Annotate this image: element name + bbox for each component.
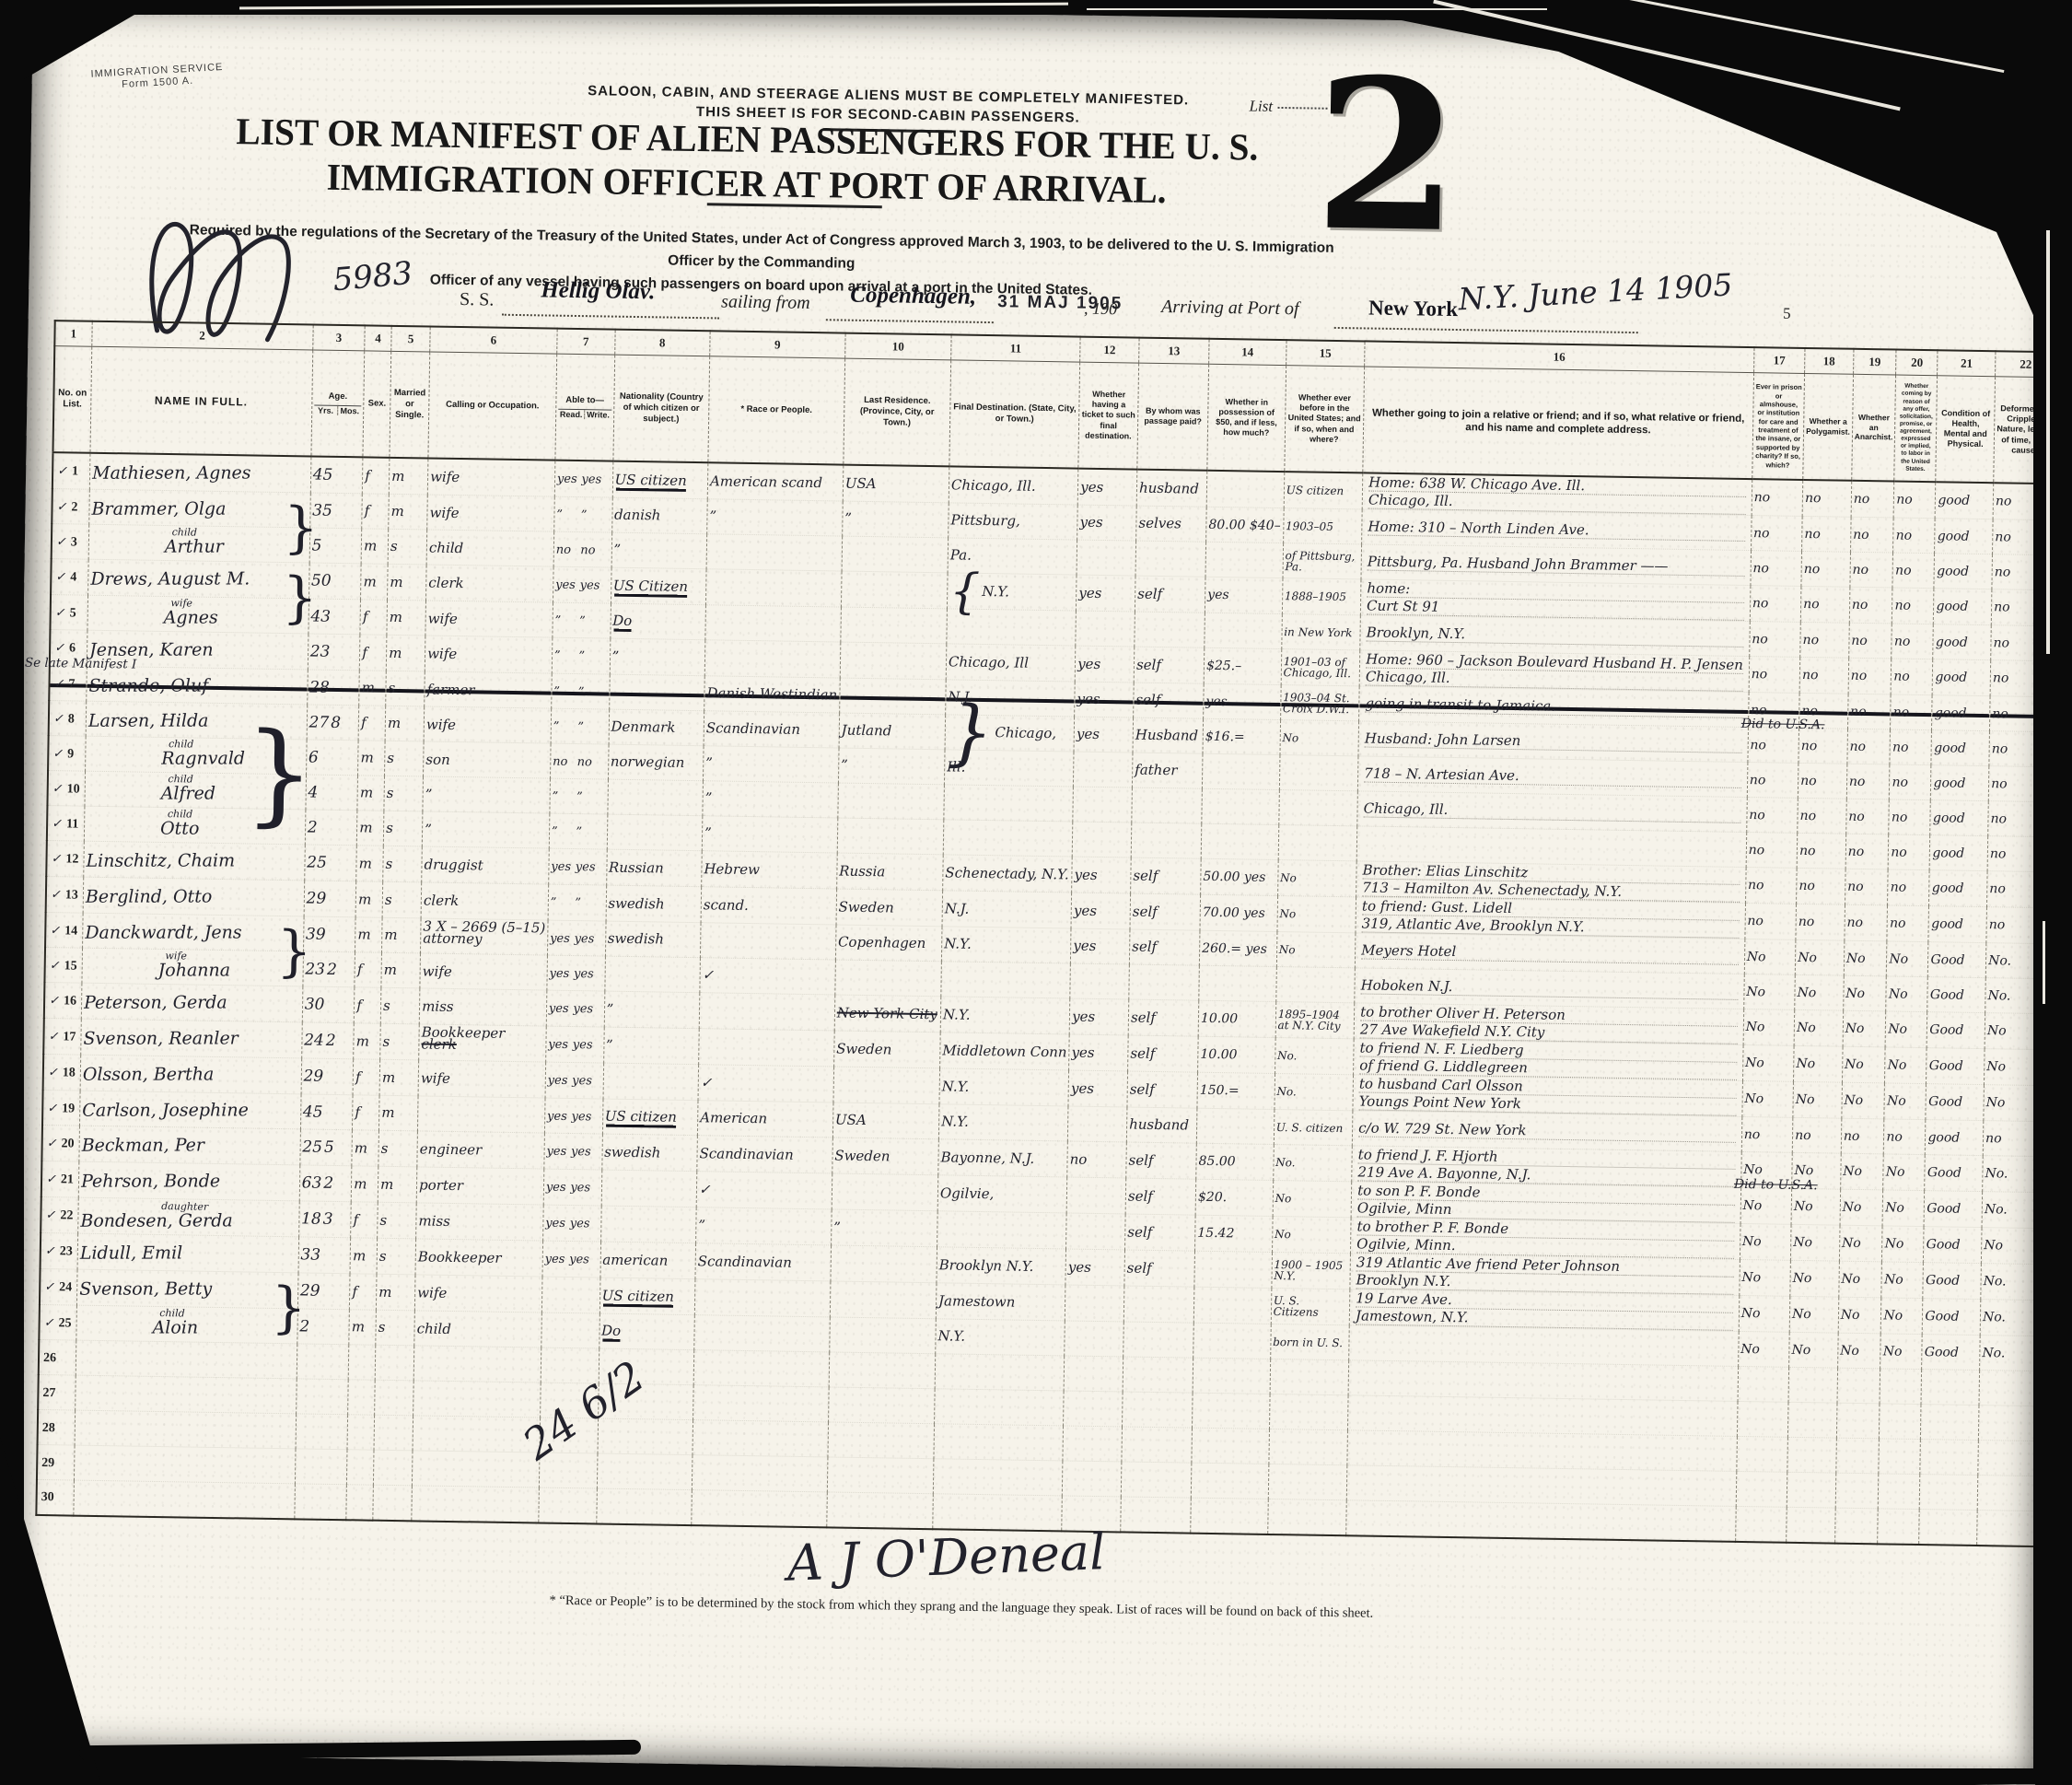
cell-last-residence: Copenhagen bbox=[835, 925, 942, 962]
cell-labor-offer: No bbox=[1885, 1011, 1927, 1048]
cell-anarchist: no bbox=[1849, 587, 1892, 624]
cell-nationality: swedish bbox=[605, 921, 701, 958]
cell-labor-offer bbox=[1879, 1439, 1921, 1475]
cell-ticket: yes bbox=[1069, 1034, 1128, 1071]
cell-nationality bbox=[607, 779, 703, 816]
cell-age bbox=[296, 1414, 348, 1450]
cell-calling bbox=[412, 1486, 539, 1522]
cell-race bbox=[693, 1420, 828, 1457]
cell-polygamist: No bbox=[1793, 1081, 1842, 1118]
cell-row-number: ✓17 bbox=[43, 1019, 81, 1056]
cell-destination bbox=[935, 1354, 1065, 1391]
cell-destination bbox=[947, 609, 1077, 646]
cell-passage-paid-by bbox=[1123, 1322, 1194, 1358]
cell-before-in-us bbox=[1275, 967, 1355, 1003]
cell-passage-paid-by bbox=[1123, 1357, 1193, 1393]
ss-label: S. S. bbox=[460, 289, 495, 311]
cell-calling: wife bbox=[418, 1060, 545, 1098]
cell-money bbox=[1202, 788, 1279, 824]
cell-polygamist bbox=[1787, 1507, 1835, 1543]
cell-before-in-us bbox=[1279, 755, 1358, 791]
cell-last-residence bbox=[841, 571, 948, 609]
cell-row-number: ✓23 bbox=[41, 1232, 78, 1269]
cell-row-number: ✓20 bbox=[41, 1125, 79, 1161]
cell-money bbox=[1193, 1393, 1270, 1429]
cell-row-number: 27 bbox=[38, 1374, 76, 1410]
cell-prison: no bbox=[1751, 516, 1802, 552]
cell-nationality: danish bbox=[611, 497, 707, 534]
cell-join-relative: c/o W. 729 St. New York bbox=[1352, 1111, 1741, 1152]
cell-anarchist: No bbox=[1843, 1010, 1886, 1047]
cell-labor-offer: No bbox=[1883, 1154, 1926, 1191]
cell-destination bbox=[934, 1424, 1064, 1461]
cell-polygamist: no bbox=[1798, 763, 1846, 799]
cell-last-residence bbox=[841, 607, 948, 644]
cell-married-single bbox=[373, 1485, 413, 1521]
cell-labor-offer: No bbox=[1881, 1298, 1924, 1335]
cell-passage-paid-by: Husband bbox=[1133, 717, 1204, 753]
cell-health: good bbox=[1929, 870, 1987, 907]
cell-before-in-us: No bbox=[1280, 720, 1359, 756]
cell-sex bbox=[348, 1345, 375, 1380]
cell-last-residence: Russia bbox=[836, 853, 943, 891]
cell-ticket: yes bbox=[1071, 892, 1130, 929]
cell-prison: no bbox=[1747, 763, 1798, 799]
cell-join-relative: to husband Carl OlssonYoungs Point New Y… bbox=[1353, 1075, 1742, 1117]
cell-prison bbox=[1737, 1401, 1788, 1437]
cell-race bbox=[694, 1315, 830, 1352]
cell-row-number: ✓24 bbox=[40, 1268, 77, 1305]
cell-passage-paid-by: self bbox=[1129, 929, 1200, 965]
cell-ticket bbox=[1062, 1461, 1121, 1497]
cell-destination: Ill. bbox=[944, 750, 1074, 787]
cell-labor-offer: No bbox=[1882, 1190, 1925, 1227]
cell-ticket bbox=[1074, 752, 1133, 787]
cell-join-relative: Hoboken N.J. bbox=[1355, 968, 1744, 1009]
cell-join-relative: to friend N. F. Liedbergof friend G. Lid… bbox=[1354, 1039, 1743, 1081]
cell-health: Good bbox=[1925, 1155, 1983, 1192]
cell-last-residence: ” bbox=[838, 748, 945, 785]
cell-name bbox=[73, 1480, 295, 1519]
cell-age: 29 bbox=[301, 1058, 354, 1095]
cell-anarchist: No bbox=[1839, 1225, 1882, 1262]
cell-row-number: ✓19 bbox=[42, 1090, 80, 1126]
cell-money: yes bbox=[1205, 577, 1282, 613]
cell-ticket bbox=[1072, 822, 1131, 857]
cell-money bbox=[1193, 1323, 1271, 1359]
cell-prison: No bbox=[1738, 1331, 1789, 1367]
cell-sex: f bbox=[353, 1059, 379, 1095]
cell-before-in-us: No bbox=[1277, 896, 1356, 933]
cell-join-relative: Husband: John Larsen bbox=[1358, 721, 1748, 763]
cell-health: good bbox=[1933, 659, 1991, 696]
cell-calling bbox=[413, 1346, 541, 1382]
cell-sex: f bbox=[360, 600, 387, 635]
cell-labor-offer: No bbox=[1884, 1083, 1926, 1120]
cell-nationality: US citizen bbox=[612, 461, 708, 499]
cell-read-write: yesyes bbox=[546, 1026, 604, 1063]
margin-note: Se late Manifest I bbox=[25, 657, 181, 672]
cell-nationality: american bbox=[600, 1242, 696, 1279]
cell-join-relative: 718 – N. Artesian Ave. bbox=[1357, 756, 1747, 798]
cell-health: Good bbox=[1925, 1191, 1983, 1228]
cell-before-in-us: of Pittsburg, Pa. bbox=[1283, 543, 1362, 579]
cell-money: 70.00 yes bbox=[1200, 894, 1277, 931]
cell-money bbox=[1205, 542, 1283, 577]
cell-destination: N.Y. bbox=[938, 1104, 1068, 1141]
cell-anarchist: No bbox=[1840, 1153, 1883, 1190]
cell-race: Danish Westindian bbox=[704, 676, 840, 713]
page-title: LIST OR MANIFEST OF ALIEN PASSENGERS FOR… bbox=[152, 108, 1343, 215]
cell-prison: no bbox=[1752, 479, 1803, 516]
cell-married-single: s bbox=[378, 1130, 418, 1167]
cell-labor-offer: no bbox=[1892, 624, 1934, 659]
cell-read-write: yesyes bbox=[549, 848, 607, 885]
cell-calling: engineer bbox=[417, 1131, 544, 1169]
col-header-13: By whom was passage paid? bbox=[1137, 363, 1209, 471]
cell-married-single: s bbox=[380, 987, 420, 1024]
cell-nationality: ” bbox=[604, 991, 700, 1029]
cell-health: Good bbox=[1927, 977, 1985, 1013]
list-label-text: List bbox=[1249, 97, 1273, 114]
cell-anarchist bbox=[1834, 1508, 1878, 1544]
cell-last-residence bbox=[828, 1422, 935, 1459]
cell-before-in-us: 1903–04 St. Croix D.W.I. bbox=[1280, 685, 1359, 721]
cell-ticket bbox=[1066, 1177, 1125, 1214]
col-header-1: No. on List. bbox=[52, 346, 91, 453]
cell-labor-offer: No bbox=[1881, 1262, 1924, 1299]
cell-married-single: s bbox=[388, 529, 427, 565]
sheet-edge-streak bbox=[2046, 230, 2050, 654]
cell-race: ” bbox=[703, 781, 838, 818]
ship-name-line bbox=[502, 314, 719, 320]
cell-row-number: ✓5 bbox=[50, 595, 87, 631]
cell-name: Danckwardt, Jens} bbox=[82, 913, 304, 951]
cell-anarchist bbox=[1836, 1403, 1880, 1439]
col-header-3: Age.Yrs.Mos. bbox=[311, 350, 365, 457]
col-header-8: Nationality (Country of which citizen or… bbox=[612, 355, 709, 462]
cell-ticket: yes bbox=[1065, 1249, 1124, 1286]
cell-health bbox=[1921, 1370, 1979, 1406]
cell-race: ✓ bbox=[698, 1065, 833, 1102]
cell-deformed: No. bbox=[1980, 1336, 2042, 1371]
cell-name: Lidull, Emil bbox=[77, 1233, 299, 1273]
col-header-7: Able to—Read.Write. bbox=[555, 354, 614, 461]
cell-ticket: yes bbox=[1069, 998, 1128, 1035]
cell-before-in-us bbox=[1270, 1359, 1349, 1394]
cell-prison: no bbox=[1745, 904, 1797, 940]
cell-last-residence: Sweden bbox=[836, 889, 943, 927]
cell-polygamist bbox=[1788, 1402, 1837, 1438]
cell-sex: m bbox=[358, 741, 385, 776]
cell-sex: m bbox=[354, 1023, 380, 1059]
cell-sex: m bbox=[357, 811, 384, 846]
cell-health: good bbox=[1928, 906, 1986, 943]
cell-calling: child bbox=[414, 1311, 541, 1347]
cell-married-single: m bbox=[382, 917, 422, 953]
cell-race: Hebrew bbox=[702, 851, 837, 889]
cell-last-residence bbox=[829, 1352, 936, 1389]
cell-destination: N.Y. bbox=[941, 927, 1071, 963]
cell-passage-paid-by: self bbox=[1126, 1142, 1197, 1179]
cell-ticket bbox=[1070, 963, 1129, 999]
cell-join-relative: Meyers Hotel bbox=[1355, 933, 1744, 974]
col-number-9: 9 bbox=[710, 331, 845, 358]
cell-calling bbox=[412, 1451, 539, 1487]
cell-join-relative bbox=[1348, 1395, 1738, 1437]
cell-prison: no bbox=[1746, 798, 1798, 834]
cell-ticket bbox=[1065, 1285, 1123, 1322]
cell-nationality: Denmark bbox=[609, 709, 704, 746]
cell-age: 183 bbox=[298, 1201, 351, 1238]
cell-row-number: 30 bbox=[36, 1479, 74, 1515]
cell-polygamist: No bbox=[1795, 974, 1844, 1010]
cell-nationality: US Citizen bbox=[611, 567, 706, 605]
cell-sex bbox=[347, 1415, 374, 1450]
cell-labor-offer: No bbox=[1886, 976, 1928, 1012]
cell-ticket bbox=[1073, 787, 1132, 822]
cell-last-residence bbox=[837, 818, 944, 855]
cell-calling: 3 X – 2669 (5–15)attorney bbox=[421, 918, 548, 955]
cell-row-number: ✓16 bbox=[44, 983, 82, 1020]
cell-join-relative: to brother Oliver H. Peterson27 Ave Wake… bbox=[1354, 1003, 1743, 1045]
cell-sex: m bbox=[352, 1130, 378, 1166]
cell-join-relative: Chicago, Ill. bbox=[1357, 791, 1747, 833]
cell-money: $16.= bbox=[1203, 718, 1280, 754]
cell-prison: NoDid to U.S.A. bbox=[1740, 1187, 1792, 1224]
cell-money bbox=[1191, 1498, 1268, 1534]
cell-join-relative: to son P. F. BondeOgilvie, Minn bbox=[1351, 1182, 1740, 1224]
cell-ticket: yes bbox=[1077, 505, 1136, 541]
cell-join-relative bbox=[1349, 1325, 1739, 1367]
col-number-2: 2 bbox=[91, 321, 313, 350]
cell-anarchist: No bbox=[1842, 1082, 1885, 1119]
cell-ticket bbox=[1065, 1321, 1123, 1357]
cell-sex: f bbox=[360, 635, 387, 671]
cell-money: 10.00 bbox=[1198, 1000, 1275, 1037]
cell-row-number: 28 bbox=[38, 1409, 76, 1445]
cell-anarchist: No bbox=[1837, 1333, 1880, 1369]
cell-read-write: yesyes bbox=[542, 1205, 600, 1242]
col-header-4: Sex. bbox=[363, 351, 391, 458]
cell-passage-paid-by: self bbox=[1128, 999, 1199, 1036]
cell-before-in-us: No bbox=[1273, 1180, 1352, 1217]
cell-race: ✓ bbox=[696, 1172, 832, 1209]
cell-before-in-us bbox=[1269, 1429, 1348, 1464]
cell-destination bbox=[943, 820, 1073, 857]
cell-married-single: s bbox=[378, 1202, 417, 1239]
cell-read-write: ”” bbox=[552, 637, 610, 674]
cell-prison bbox=[1738, 1366, 1789, 1402]
cell-ticket: yes bbox=[1072, 857, 1131, 893]
cell-row-number: ✓1 bbox=[52, 452, 90, 489]
cell-money: 260.= yes bbox=[1199, 930, 1276, 966]
cell-nationality bbox=[607, 814, 703, 851]
col-number-13: 13 bbox=[1139, 338, 1209, 365]
col-header-19: Whether an Anarchist. bbox=[1852, 374, 1896, 481]
cell-married-single: m bbox=[387, 600, 426, 636]
cell-age: 45 bbox=[310, 456, 363, 493]
cell-prison: no bbox=[1745, 868, 1797, 904]
cell-health: good bbox=[1932, 695, 1990, 731]
cell-name: wifeJohanna bbox=[81, 948, 303, 986]
cell-last-residence: ” bbox=[831, 1209, 937, 1247]
cell-anarchist: no bbox=[1845, 869, 1888, 905]
cell-anarchist: no bbox=[1841, 1118, 1884, 1154]
cell-passage-paid-by bbox=[1121, 1462, 1192, 1498]
cell-last-residence bbox=[838, 783, 945, 820]
cell-labor-offer: No bbox=[1887, 941, 1929, 977]
cell-passage-paid-by bbox=[1132, 787, 1203, 823]
cell-polygamist: no bbox=[1802, 516, 1851, 552]
cell-join-relative: 19 Larve Ave.Jamestown, N.Y. bbox=[1349, 1289, 1739, 1332]
cell-calling: wife bbox=[425, 601, 553, 637]
cell-sex: f bbox=[355, 952, 381, 987]
cell-sex: m bbox=[349, 1310, 376, 1345]
cell-passage-paid-by bbox=[1135, 612, 1205, 647]
cell-last-residence bbox=[831, 1245, 937, 1283]
cell-destination: Bayonne, N.J. bbox=[938, 1139, 1068, 1177]
cell-destination: N.Y. bbox=[939, 1068, 1069, 1106]
cell-married-single bbox=[373, 1450, 413, 1486]
cell-calling: wife bbox=[425, 636, 552, 673]
cell-destination: N.Y. bbox=[936, 1319, 1065, 1356]
cell-age bbox=[295, 1484, 347, 1520]
cell-married-single: m bbox=[388, 564, 427, 601]
cell-passage-paid-by: self bbox=[1134, 647, 1205, 683]
cell-health: good bbox=[1930, 800, 1988, 836]
cell-before-in-us: born in U. S. bbox=[1270, 1324, 1349, 1359]
col-number-1: 1 bbox=[54, 321, 91, 346]
cell-row-number: ✓22 bbox=[41, 1196, 78, 1233]
col-number-20: 20 bbox=[1896, 350, 1938, 376]
cell-before-in-us: 1901–03 of Chicago, Ill. bbox=[1281, 649, 1360, 686]
col-number-10: 10 bbox=[844, 333, 951, 360]
cell-married-single bbox=[375, 1380, 414, 1416]
cell-read-write: yesyes bbox=[547, 920, 605, 956]
cell-name: Beckman, Per bbox=[78, 1126, 300, 1165]
cell-polygamist: No bbox=[1791, 1188, 1840, 1225]
cell-last-residence bbox=[840, 642, 947, 680]
col-number-7: 7 bbox=[557, 329, 615, 355]
cell-age bbox=[295, 1449, 347, 1485]
col-number-8: 8 bbox=[614, 330, 710, 356]
cell-read-write: yesyes bbox=[553, 566, 611, 603]
cell-race bbox=[694, 1279, 830, 1317]
cell-destination: Brooklyn N.Y. bbox=[937, 1247, 1066, 1285]
cell-last-residence: Sweden bbox=[832, 1137, 939, 1175]
cell-health bbox=[1921, 1405, 1979, 1441]
cell-married-single: m bbox=[389, 494, 428, 530]
cell-polygamist: no bbox=[1798, 798, 1846, 834]
cell-destination: N.Y. bbox=[940, 997, 1070, 1034]
cell-race: American bbox=[697, 1101, 832, 1137]
cell-last-residence bbox=[832, 1173, 938, 1211]
cell-calling: clerk bbox=[426, 565, 553, 602]
cell-sex: m bbox=[351, 1166, 378, 1202]
cell-nationality bbox=[604, 956, 700, 993]
cell-calling: miss bbox=[416, 1203, 543, 1241]
col-header-2: NAME IN FULL. bbox=[90, 346, 313, 456]
cell-race bbox=[699, 1029, 834, 1067]
col-number-19: 19 bbox=[1853, 349, 1896, 375]
cell-sex: f bbox=[351, 1202, 378, 1238]
cell-ticket bbox=[1064, 1391, 1123, 1427]
cell-read-write bbox=[541, 1277, 599, 1313]
cell-before-in-us: No bbox=[1277, 860, 1356, 897]
cell-name: Peterson, Gerda bbox=[81, 983, 303, 1022]
cell-name bbox=[75, 1375, 297, 1414]
cell-money: 150.= bbox=[1197, 1072, 1275, 1109]
cell-row-number: 29 bbox=[37, 1444, 75, 1480]
cell-name bbox=[74, 1445, 296, 1484]
cell-anarchist: no bbox=[1850, 552, 1893, 588]
cell-before-in-us bbox=[1267, 1499, 1346, 1534]
cell-row-number: 26 bbox=[39, 1339, 76, 1375]
cell-anarchist: no bbox=[1847, 729, 1891, 764]
cell-prison: No bbox=[1743, 974, 1795, 1009]
cell-before-in-us bbox=[1278, 825, 1357, 861]
cell-before-in-us: 1900 – 1905 N.Y. bbox=[1272, 1252, 1351, 1289]
cell-row-number: ✓10 bbox=[47, 771, 85, 807]
cell-money: 15.42 bbox=[1195, 1215, 1273, 1252]
cell-name: Brammer, Olga} bbox=[88, 489, 310, 528]
cell-health: Good bbox=[1927, 1012, 1985, 1049]
race-footnote: * “Race or People” is to be determined b… bbox=[271, 1589, 1652, 1627]
cell-labor-offer: no bbox=[1891, 694, 1933, 730]
cell-passage-paid-by bbox=[1122, 1427, 1193, 1463]
cell-polygamist: no bbox=[1792, 1117, 1841, 1153]
col-number-14: 14 bbox=[1209, 339, 1286, 366]
cell-labor-offer: No bbox=[1880, 1334, 1923, 1370]
cell-join-relative: 319 Atlantic Ave friend Peter JohnsonBro… bbox=[1350, 1254, 1740, 1296]
cell-money: yes bbox=[1204, 683, 1281, 719]
cell-passage-paid-by: self bbox=[1130, 893, 1201, 930]
cell-married-single: s bbox=[384, 776, 424, 811]
cell-age: 33 bbox=[298, 1237, 351, 1274]
cell-before-in-us bbox=[1278, 790, 1357, 826]
cell-polygamist: no bbox=[1800, 622, 1849, 658]
cell-anarchist: No bbox=[1840, 1189, 1883, 1226]
col-header-6: Calling or Occupation. bbox=[428, 352, 557, 461]
cell-labor-offer: no bbox=[1890, 764, 1932, 800]
cell-destination: Schenectady, N.Y. bbox=[943, 855, 1073, 892]
col-number-12: 12 bbox=[1080, 337, 1139, 363]
cell-polygamist: No bbox=[1795, 939, 1844, 975]
cell-passage-paid-by bbox=[1135, 541, 1206, 577]
cell-money bbox=[1192, 1428, 1269, 1464]
cell-race bbox=[692, 1490, 827, 1527]
col-header-5: Married or Single. bbox=[390, 351, 430, 458]
cell-passage-paid-by: self bbox=[1125, 1214, 1196, 1251]
cell-before-in-us: in New York bbox=[1281, 614, 1360, 650]
cell-health: good bbox=[1935, 519, 1993, 554]
cell-anarchist: No bbox=[1839, 1261, 1882, 1298]
cell-nationality: Do bbox=[610, 603, 705, 640]
cell-money bbox=[1193, 1358, 1270, 1394]
cell-prison: No bbox=[1744, 939, 1796, 975]
cell-money: 85.00 bbox=[1196, 1143, 1274, 1180]
cell-name: Pehrson, Bonde bbox=[78, 1161, 300, 1201]
cell-married-single: s bbox=[385, 741, 425, 776]
cell-prison: No bbox=[1743, 1009, 1795, 1045]
cell-name: Berglind, Otto bbox=[83, 877, 305, 916]
cell-race bbox=[699, 993, 834, 1031]
cell-deformed bbox=[1978, 1441, 2040, 1476]
cell-age: 45 bbox=[300, 1094, 353, 1130]
col-header-11: Final Destination. (State, City, or Town… bbox=[949, 360, 1080, 469]
cell-read-write: yesyes bbox=[545, 1062, 603, 1099]
